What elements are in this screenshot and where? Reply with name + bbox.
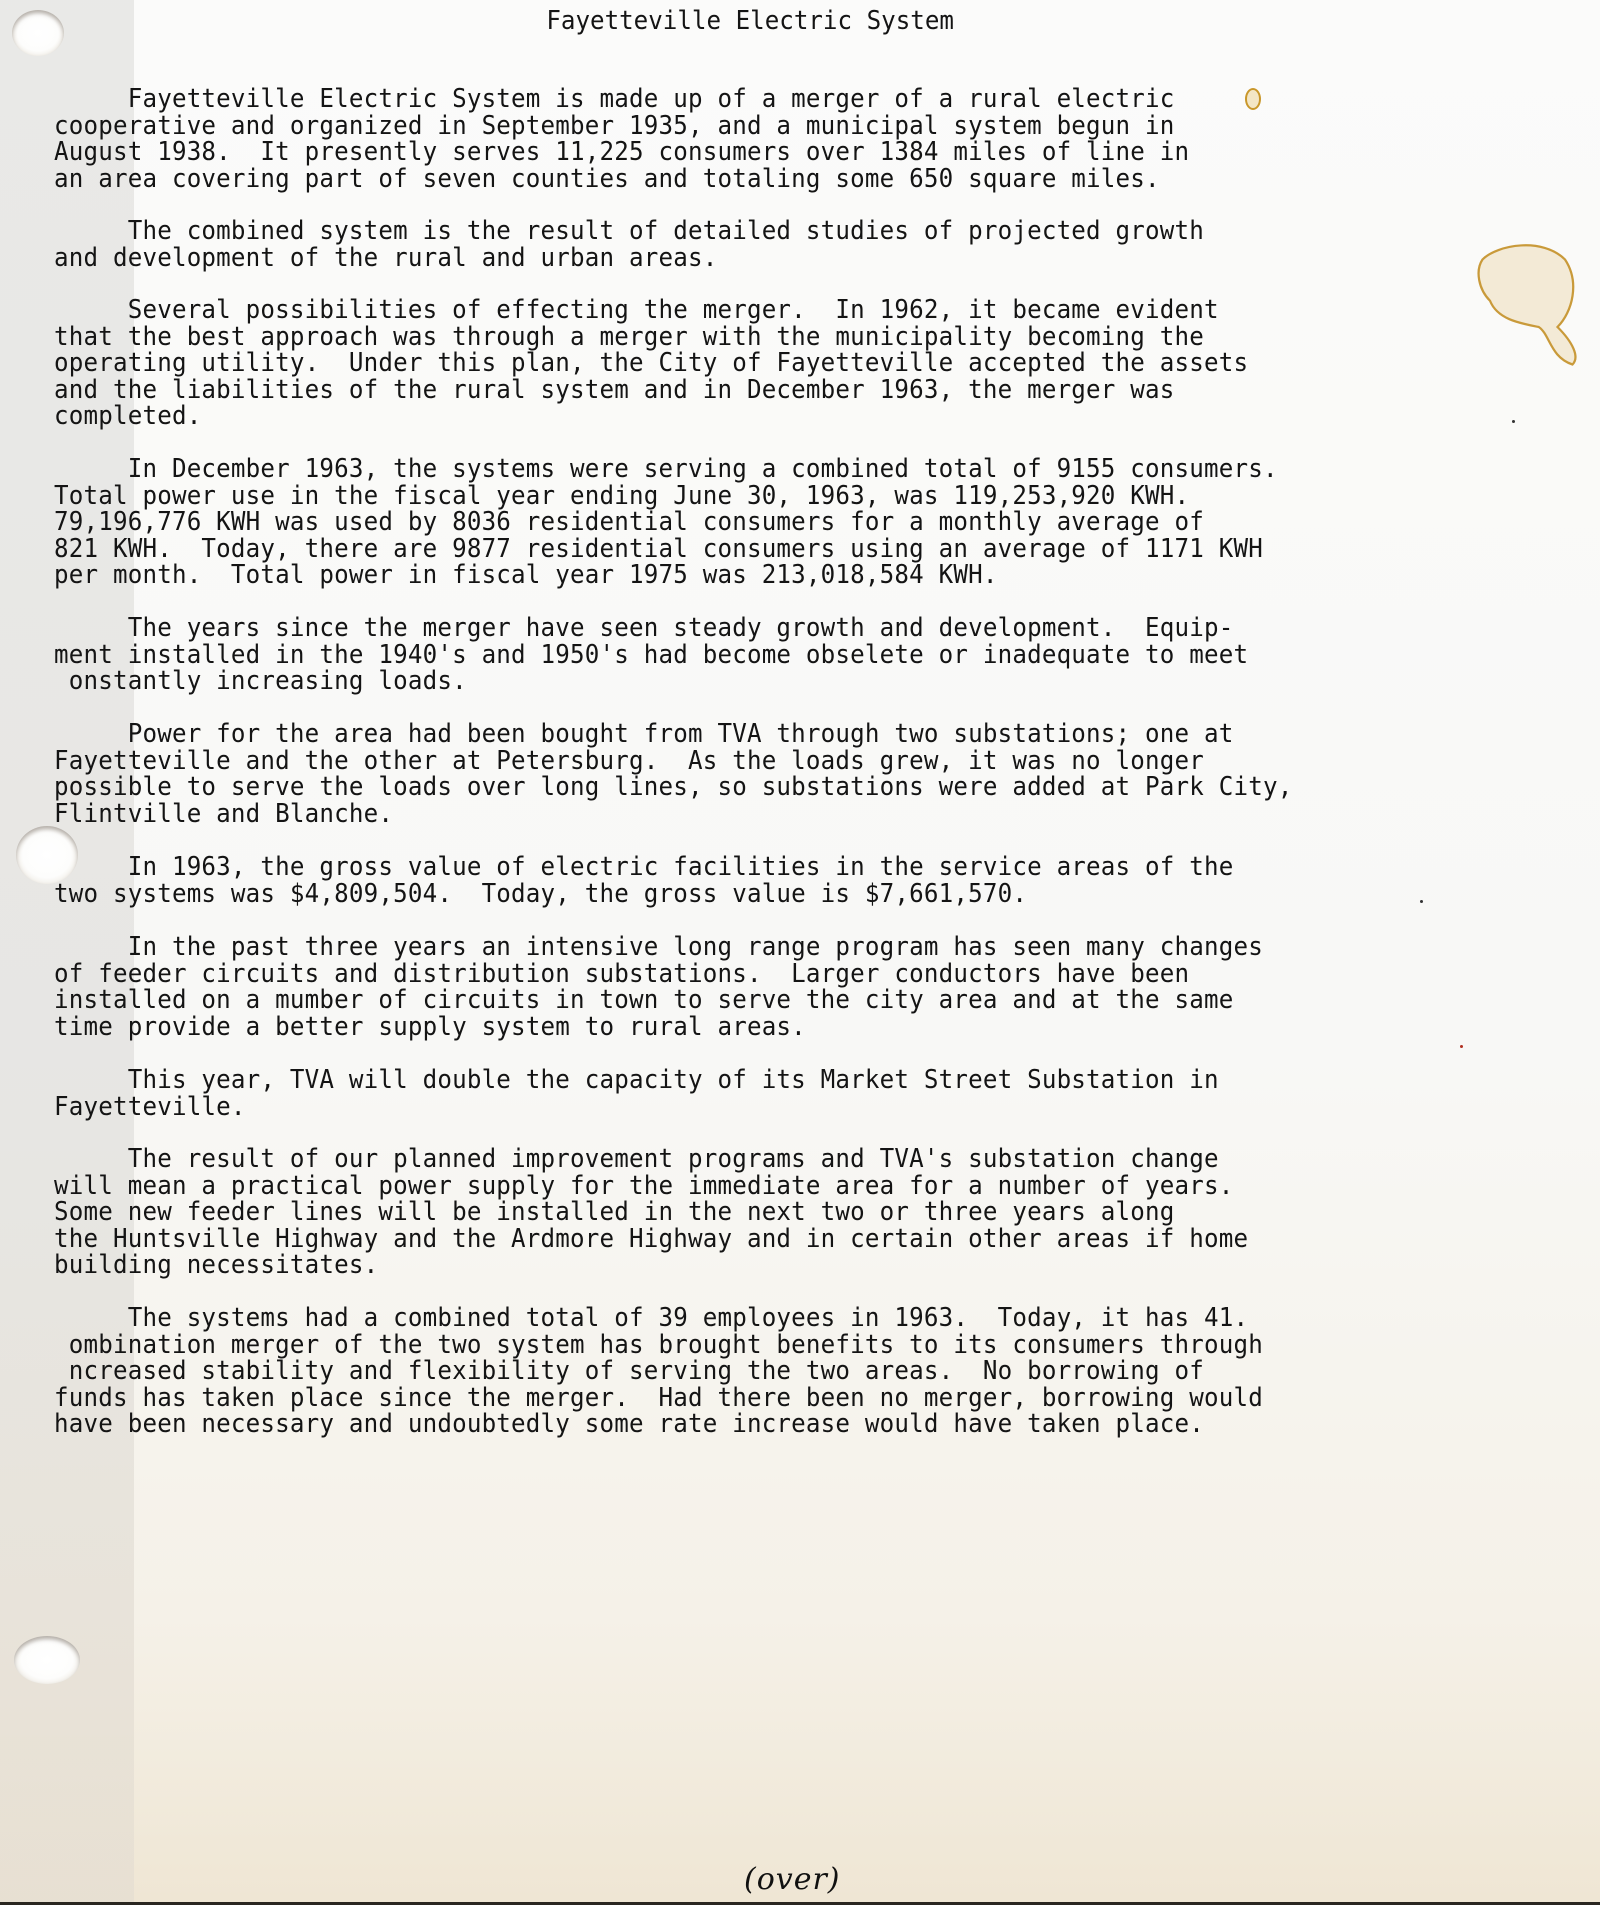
text-line: two systems was $4,809,504. Today, the g… — [54, 881, 1027, 907]
text-line: 79,196,776 KWH was used by 8036 resident… — [54, 509, 1204, 535]
text-line: 821 KWH. Today, there are 9877 residenti… — [54, 536, 1263, 562]
text-line: Several possibilities of effecting the m… — [54, 297, 1219, 323]
stain-spot — [1245, 88, 1261, 110]
text-line: time provide a better supply system to r… — [54, 1014, 806, 1040]
text-line: Some new feeder lines will be installed … — [54, 1199, 1175, 1225]
text-line: that the best approach was through a mer… — [54, 324, 1204, 350]
text-line: Total power use in the fiscal year endin… — [54, 483, 1189, 509]
text-line: Flintville and Blanche. — [54, 801, 393, 827]
text-line: operating utility. Under this plan, the … — [54, 350, 1248, 376]
text-line: The years since the merger have seen ste… — [54, 615, 1233, 641]
text-line: Fayetteville Electric System is made up … — [54, 86, 1175, 112]
text-line: ncreased stability and flexibility of se… — [54, 1358, 1204, 1384]
text-line: The systems had a combined total of 39 e… — [54, 1305, 1248, 1331]
document-title: Fayetteville Electric System — [0, 6, 1600, 36]
text-line: funds has taken place since the merger. … — [54, 1385, 1263, 1411]
text-line: August 1938. It presently serves 11,225 … — [54, 139, 1189, 165]
text-line: The combined system is the result of det… — [54, 218, 1204, 244]
text-line: per month. Total power in fiscal year 19… — [54, 562, 998, 588]
text-line: In December 1963, the systems were servi… — [54, 456, 1278, 482]
text-line: In the past three years an intensive lon… — [54, 934, 1263, 960]
speck — [1420, 900, 1423, 903]
text-line: of feeder circuits and distribution subs… — [54, 961, 1189, 987]
text-line: and development of the rural and urban a… — [54, 245, 717, 271]
handwritten-note: (over) — [744, 1862, 841, 1897]
text-line: will mean a practical power supply for t… — [54, 1173, 1233, 1199]
text-line: cooperative and organized in September 1… — [54, 113, 1175, 139]
text-line: onstantly increasing loads. — [54, 668, 467, 694]
text-line: have been necessary and undoubtedly some… — [54, 1411, 1204, 1437]
text-line: Fayetteville and the other at Petersburg… — [54, 748, 1204, 774]
document-page: Fayetteville Electric System Fayettevill… — [0, 0, 1600, 1905]
text-line: In 1963, the gross value of electric fac… — [54, 854, 1233, 880]
text-line: installed on a mumber of circuits in tow… — [54, 987, 1233, 1013]
hole-punch-bottom — [14, 1636, 80, 1684]
text-line: This year, TVA will double the capacity … — [54, 1067, 1219, 1093]
text-line: building necessitates. — [54, 1252, 378, 1278]
text-line: an area covering part of seven counties … — [54, 166, 1160, 192]
text-line: Power for the area had been bought from … — [54, 721, 1233, 747]
document-title-text: Fayetteville Electric System — [546, 6, 954, 36]
speck — [1460, 1045, 1463, 1048]
text-line: possible to serve the loads over long li… — [54, 774, 1292, 800]
text-line: the Huntsville Highway and the Ardmore H… — [54, 1226, 1248, 1252]
text-line: and the liabilities of the rural system … — [54, 377, 1175, 403]
text-line: completed. — [54, 403, 201, 429]
text-line: ment installed in the 1940's and 1950's … — [54, 642, 1248, 668]
text-line: The result of our planned improvement pr… — [54, 1146, 1219, 1172]
text-line: ombination merger of the two system has … — [54, 1332, 1263, 1358]
text-line: Fayetteville. — [54, 1094, 246, 1120]
water-stain — [1460, 222, 1580, 372]
speck — [1512, 420, 1515, 423]
